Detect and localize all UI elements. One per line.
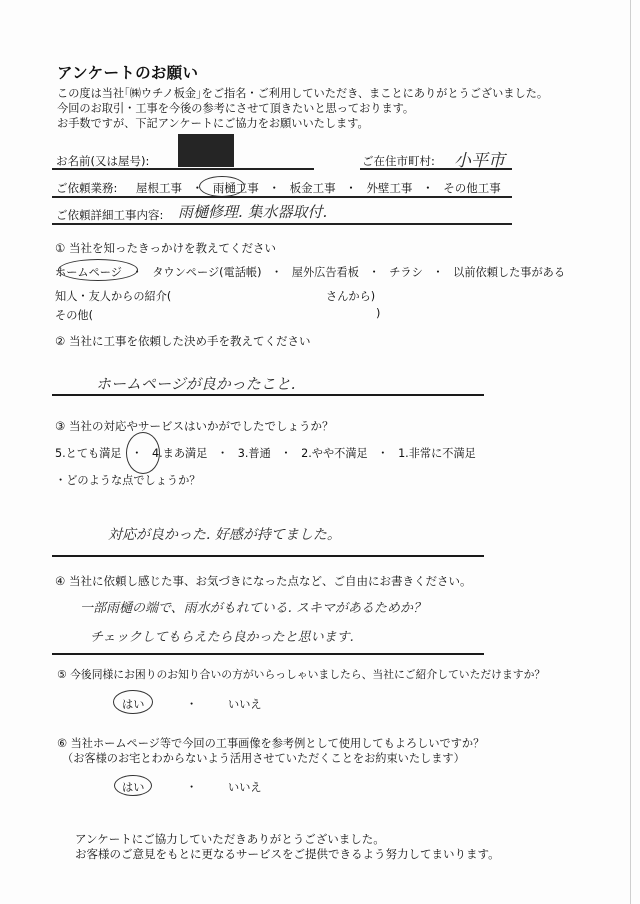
page-edge [630,0,631,904]
city-underline [360,168,512,170]
intro-line-3: お手数ですが、下記アンケートにご協力をお願いいたします。 [57,116,369,131]
q4-answer-line-1[interactable]: 一部雨樋の端で、雨水がもれている. スキマがあるためか？ [80,597,426,616]
separator: ・ [345,181,357,195]
q3-option-1[interactable]: 1.非常に不満足 [398,447,476,460]
service-underline [52,196,512,198]
footer-line-2: お客様のご意見をもとに更なるサービスをご提供できるよう努力してまいります。 [75,847,500,862]
q1-option-billboard[interactable]: 屋外広告看板 [292,266,359,279]
q3-options: 5.とても満足 ・ 4.まあ満足 ・ 3.普通 ・ 2.やや不満足 ・ 1.非常… [55,445,476,461]
name-redacted [178,134,234,167]
separator: ・ [280,447,291,460]
q3-followup: ・どのような点でしょうか？ [55,472,200,488]
q3-option-2[interactable]: 2.やや不満足 [301,447,368,460]
detail-label: ご依頼詳細工事内容: [56,207,163,223]
q1-option-townpage[interactable]: タウンページ(電話帳) [152,266,261,279]
selected-circle-q3 [126,432,160,474]
q1-other-label[interactable]: その他( [55,307,93,323]
service-option-wall[interactable]: 外壁工事 [366,181,412,195]
q3-option-5[interactable]: 5.とても満足 [55,447,122,460]
q5-no[interactable]: いいえ [228,696,262,712]
q3-question: ③ 当社の対応やサービスはいかがでしたでしょうか？ [55,418,333,434]
city-label: ご在住市町村: [362,153,435,169]
separator: ・ [217,447,228,460]
q3-answer[interactable]: 対応が良かった. 好感が持てました。 [108,524,341,544]
separator: ・ [377,447,388,460]
intro-line-2: 今回のお取引・工事を今後の参考にさせて頂きたいと思っております。 [57,101,414,116]
separator: ・ [432,266,443,279]
detail-underline [52,223,512,225]
q2-answer[interactable]: ホームページが良かったこと. [96,373,295,394]
service-label: ご依頼業務: [56,180,117,196]
service-option-other[interactable]: その他工事 [443,181,501,195]
service-option-roof[interactable]: 屋根工事 [136,181,182,195]
q3-answer-line [52,555,484,557]
q1-option-previous[interactable]: 以前依頼した事がある [453,266,565,279]
q3-option-3[interactable]: 3.普通 [238,447,271,460]
q1-question: ① 当社を知ったきっかけを教えてください [55,240,276,256]
q4-question: ④ 当社に依頼し感じた事、お気づきになった点など、ご自由にお書きください。 [55,573,471,589]
survey-title: アンケートのお願い [57,61,198,83]
selected-circle-q5 [113,690,153,714]
intro-line-1: この度は当社｢㈱ウチノ板金｣をご指名・ご利用していただき、まことにありがとうござ… [57,86,548,101]
detail-value[interactable]: 雨樋修理. 集水器取付. [178,201,327,222]
q1-referral-suffix: さんから) [326,288,375,304]
q4-answer-line-2[interactable]: チェックしてもらえたら良かったと思います. [90,626,354,645]
name-label: お名前(又は屋号): [56,153,149,169]
selected-circle-q6 [114,775,152,796]
q2-answer-line [52,394,484,396]
separator: ・ [368,266,379,279]
q1-referral-label[interactable]: 知人・友人からの紹介( [55,288,171,304]
q2-question: ② 当社に工事を依頼した決め手を教えてください [55,333,310,349]
q3-option-4[interactable]: 4.まあ満足 [152,447,207,460]
q5-question: ⑤ 今後同様にお困りのお知り合いの方がいらっしゃいましたら、当社にご紹介していた… [57,667,545,682]
service-options: 屋根工事 ・ 雨樋工事 ・ 板金工事 ・ 外壁工事 ・ その他工事 [136,180,501,196]
separator: ・ [268,181,280,195]
q6-question: ⑥ 当社ホームページ等で今回の工事画像を参考例として使用してもよろしいですか？ [57,735,484,751]
q6-note: （お客様のお宅とわからないよう活用させていただくことをお約束いたします） [62,750,465,766]
q6-no[interactable]: いいえ [228,779,262,795]
separator: ・ [271,266,282,279]
q6-separator: ・ [186,779,197,795]
name-underline [52,168,314,170]
q5-separator: ・ [186,696,197,712]
footer-line-1: アンケートにご協力していただきありがとうございました。 [75,832,385,847]
q1-other-close: ) [376,307,380,320]
q4-answer-line [52,653,484,655]
q1-option-flyer[interactable]: チラシ [389,266,423,279]
selected-circle-gutter [199,176,245,197]
selected-circle-homepage [58,259,138,281]
separator: ・ [422,181,434,195]
service-option-sheetmetal[interactable]: 板金工事 [290,181,336,195]
